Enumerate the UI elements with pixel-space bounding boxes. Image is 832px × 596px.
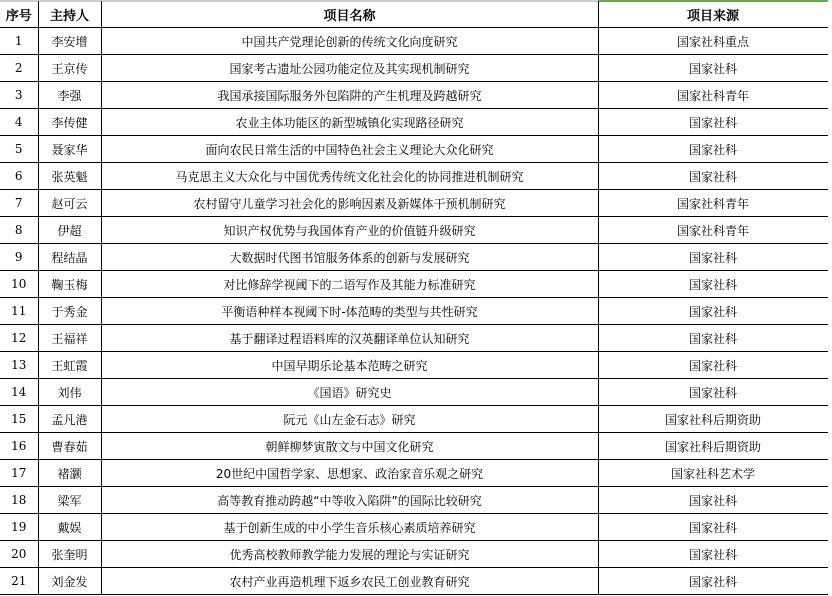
cell-source[interactable]: 国家社科后期资助 — [598, 433, 828, 460]
cell-host[interactable]: 王虹霞 — [38, 352, 101, 379]
cell-no[interactable]: 6 — [0, 163, 38, 190]
cell-title[interactable]: 我国承接国际服务外包陷阱的产生机理及跨越研究 — [101, 82, 598, 109]
header-cell-no[interactable]: 序号 — [0, 1, 38, 28]
cell-no[interactable]: 3 — [0, 82, 38, 109]
table-row: 7赵可云农村留守儿童学习社会化的影响因素及新媒体干预机制研究国家社科青年 — [0, 190, 828, 217]
cell-title[interactable]: 大数据时代图书馆服务体系的创新与发展研究 — [101, 244, 598, 271]
cell-title[interactable]: 农村产业再造机理下返乡农民工创业教育研究 — [101, 568, 598, 595]
cell-title[interactable]: 对比修辞学视阈下的二语写作及其能力标准研究 — [101, 271, 598, 298]
cell-host[interactable]: 王京传 — [38, 55, 101, 82]
table-row: 5聂家华面向农民日常生活的中国特色社会主义理论大众化研究国家社科 — [0, 136, 828, 163]
cell-source[interactable]: 国家社科 — [598, 514, 828, 541]
cell-host[interactable]: 梁军 — [38, 487, 101, 514]
table-row: 19戴娱基于创新生成的中小学生音乐核心素质培养研究国家社科 — [0, 514, 828, 541]
cell-no[interactable]: 18 — [0, 487, 38, 514]
cell-title[interactable]: 基于创新生成的中小学生音乐核心素质培养研究 — [101, 514, 598, 541]
cell-no[interactable]: 16 — [0, 433, 38, 460]
cell-host[interactable]: 褚灏 — [38, 460, 101, 487]
cell-title[interactable]: 面向农民日常生活的中国特色社会主义理论大众化研究 — [101, 136, 598, 163]
cell-no[interactable]: 10 — [0, 271, 38, 298]
table-row: 8伊超知识产权优势与我国体育产业的价值链升级研究国家社科青年 — [0, 217, 828, 244]
cell-no[interactable]: 14 — [0, 379, 38, 406]
table-row: 18梁军高等教育推动跨越“中等收入陷阱”的国际比较研究国家社科 — [0, 487, 828, 514]
cell-host[interactable]: 张奎明 — [38, 541, 101, 568]
table-row: 6张英魁马克思主义大众化与中国优秀传统文化社会化的协同推进机制研究国家社科 — [0, 163, 828, 190]
table-row: 13王虹霞中国早期乐论基本范畴之研究国家社科 — [0, 352, 828, 379]
cell-no[interactable]: 5 — [0, 136, 38, 163]
cell-no[interactable]: 21 — [0, 568, 38, 595]
cell-source[interactable]: 国家社科青年 — [598, 190, 828, 217]
cell-no[interactable]: 20 — [0, 541, 38, 568]
cell-source[interactable]: 国家社科 — [598, 244, 828, 271]
cell-host[interactable]: 刘金发 — [38, 568, 101, 595]
cell-title[interactable]: 知识产权优势与我国体育产业的价值链升级研究 — [101, 217, 598, 244]
cell-host[interactable]: 程结晶 — [38, 244, 101, 271]
cell-title[interactable]: 阮元《山左金石志》研究 — [101, 406, 598, 433]
cell-no[interactable]: 12 — [0, 325, 38, 352]
cell-source[interactable]: 国家社科 — [598, 55, 828, 82]
cell-source[interactable]: 国家社科 — [598, 163, 828, 190]
cell-host[interactable]: 刘伟 — [38, 379, 101, 406]
cell-source[interactable]: 国家社科 — [598, 487, 828, 514]
table-row: 10鞠玉梅对比修辞学视阈下的二语写作及其能力标准研究国家社科 — [0, 271, 828, 298]
cell-host[interactable]: 鞠玉梅 — [38, 271, 101, 298]
cell-host[interactable]: 于秀金 — [38, 298, 101, 325]
table-row: 16曹春茹朝鲜柳梦寅散文与中国文化研究国家社科后期资助 — [0, 433, 828, 460]
cell-title[interactable]: 《国语》研究史 — [101, 379, 598, 406]
cell-host[interactable]: 王福祥 — [38, 325, 101, 352]
cell-title[interactable]: 朝鲜柳梦寅散文与中国文化研究 — [101, 433, 598, 460]
cell-title[interactable]: 平衡语种样本视阈下时-体范畴的类型与共性研究 — [101, 298, 598, 325]
table-row: 20张奎明优秀高校教师教学能力发展的理论与实证研究国家社科 — [0, 541, 828, 568]
cell-source[interactable]: 国家社科重点 — [598, 28, 828, 55]
table-row: 3李强我国承接国际服务外包陷阱的产生机理及跨越研究国家社科青年 — [0, 82, 828, 109]
cell-no[interactable]: 9 — [0, 244, 38, 271]
cell-host[interactable]: 李强 — [38, 82, 101, 109]
cell-host[interactable]: 张英魁 — [38, 163, 101, 190]
spreadsheet-area: 序号 主持人 项目名称 项目来源 1李安增中国共产党理论创新的传统文化向度研究国… — [0, 0, 832, 596]
cell-no[interactable]: 13 — [0, 352, 38, 379]
cell-source[interactable]: 国家社科 — [598, 541, 828, 568]
cell-title[interactable]: 基于翻译过程语料库的汉英翻译单位认知研究 — [101, 325, 598, 352]
cell-no[interactable]: 1 — [0, 28, 38, 55]
cell-source[interactable]: 国家社科 — [598, 298, 828, 325]
cell-host[interactable]: 李传健 — [38, 109, 101, 136]
cell-title[interactable]: 高等教育推动跨越“中等收入陷阱”的国际比较研究 — [101, 487, 598, 514]
cell-title[interactable]: 优秀高校教师教学能力发展的理论与实证研究 — [101, 541, 598, 568]
table-row: 17褚灏20世纪中国哲学家、思想家、政治家音乐观之研究国家社科艺术学 — [0, 460, 828, 487]
cell-no[interactable]: 8 — [0, 217, 38, 244]
cell-source[interactable]: 国家社科青年 — [598, 217, 828, 244]
cell-no[interactable]: 7 — [0, 190, 38, 217]
cell-source[interactable]: 国家社科艺术学 — [598, 460, 828, 487]
cell-host[interactable]: 李安增 — [38, 28, 101, 55]
cell-title[interactable]: 国家考古遗址公园功能定位及其实现机制研究 — [101, 55, 598, 82]
cell-host[interactable]: 伊超 — [38, 217, 101, 244]
table-row: 12王福祥基于翻译过程语料库的汉英翻译单位认知研究国家社科 — [0, 325, 828, 352]
cell-source[interactable]: 国家社科 — [598, 352, 828, 379]
cell-host[interactable]: 戴娱 — [38, 514, 101, 541]
cell-title[interactable]: 中国共产党理论创新的传统文化向度研究 — [101, 28, 598, 55]
cell-host[interactable]: 孟凡港 — [38, 406, 101, 433]
table-row: 15孟凡港阮元《山左金石志》研究国家社科后期资助 — [0, 406, 828, 433]
cell-title[interactable]: 农业主体功能区的新型城镇化实现路径研究 — [101, 109, 598, 136]
header-cell-source[interactable]: 项目来源 — [598, 1, 828, 28]
table-row: 2王京传国家考古遗址公园功能定位及其实现机制研究国家社科 — [0, 55, 828, 82]
cell-title[interactable]: 中国早期乐论基本范畴之研究 — [101, 352, 598, 379]
cell-title[interactable]: 马克思主义大众化与中国优秀传统文化社会化的协同推进机制研究 — [101, 163, 598, 190]
cell-no[interactable]: 17 — [0, 460, 38, 487]
cell-source[interactable]: 国家社科 — [598, 379, 828, 406]
header-cell-title[interactable]: 项目名称 — [101, 1, 598, 28]
cell-source[interactable]: 国家社科 — [598, 271, 828, 298]
sheet-right-margin — [828, 0, 832, 596]
cell-source[interactable]: 国家社科 — [598, 325, 828, 352]
cell-host[interactable]: 赵可云 — [38, 190, 101, 217]
cell-title[interactable]: 农村留守儿童学习社会化的影响因素及新媒体干预机制研究 — [101, 190, 598, 217]
cell-source[interactable]: 国家社科 — [598, 568, 828, 595]
project-table: 序号 主持人 项目名称 项目来源 1李安增中国共产党理论创新的传统文化向度研究国… — [0, 1, 829, 595]
cell-no[interactable]: 4 — [0, 109, 38, 136]
cell-source[interactable]: 国家社科青年 — [598, 82, 828, 109]
table-row: 11于秀金平衡语种样本视阈下时-体范畴的类型与共性研究国家社科 — [0, 298, 828, 325]
table-row: 9程结晶大数据时代图书馆服务体系的创新与发展研究国家社科 — [0, 244, 828, 271]
table-row: 21刘金发农村产业再造机理下返乡农民工创业教育研究国家社科 — [0, 568, 828, 595]
cell-no[interactable]: 2 — [0, 55, 38, 82]
table-row: 1李安增中国共产党理论创新的传统文化向度研究国家社科重点 — [0, 28, 828, 55]
cell-no[interactable]: 19 — [0, 514, 38, 541]
cell-no[interactable]: 15 — [0, 406, 38, 433]
cell-host[interactable]: 曹春茹 — [38, 433, 101, 460]
header-row: 序号 主持人 项目名称 项目来源 — [0, 1, 828, 28]
cell-source[interactable]: 国家社科 — [598, 109, 828, 136]
header-cell-host[interactable]: 主持人 — [38, 1, 101, 28]
table-row: 4李传健农业主体功能区的新型城镇化实现路径研究国家社科 — [0, 109, 828, 136]
cell-no[interactable]: 11 — [0, 298, 38, 325]
cell-host[interactable]: 聂家华 — [38, 136, 101, 163]
table-row: 14刘伟《国语》研究史国家社科 — [0, 379, 828, 406]
cell-source[interactable]: 国家社科后期资助 — [598, 406, 828, 433]
cell-source[interactable]: 国家社科 — [598, 136, 828, 163]
cell-title[interactable]: 20世纪中国哲学家、思想家、政治家音乐观之研究 — [101, 460, 598, 487]
